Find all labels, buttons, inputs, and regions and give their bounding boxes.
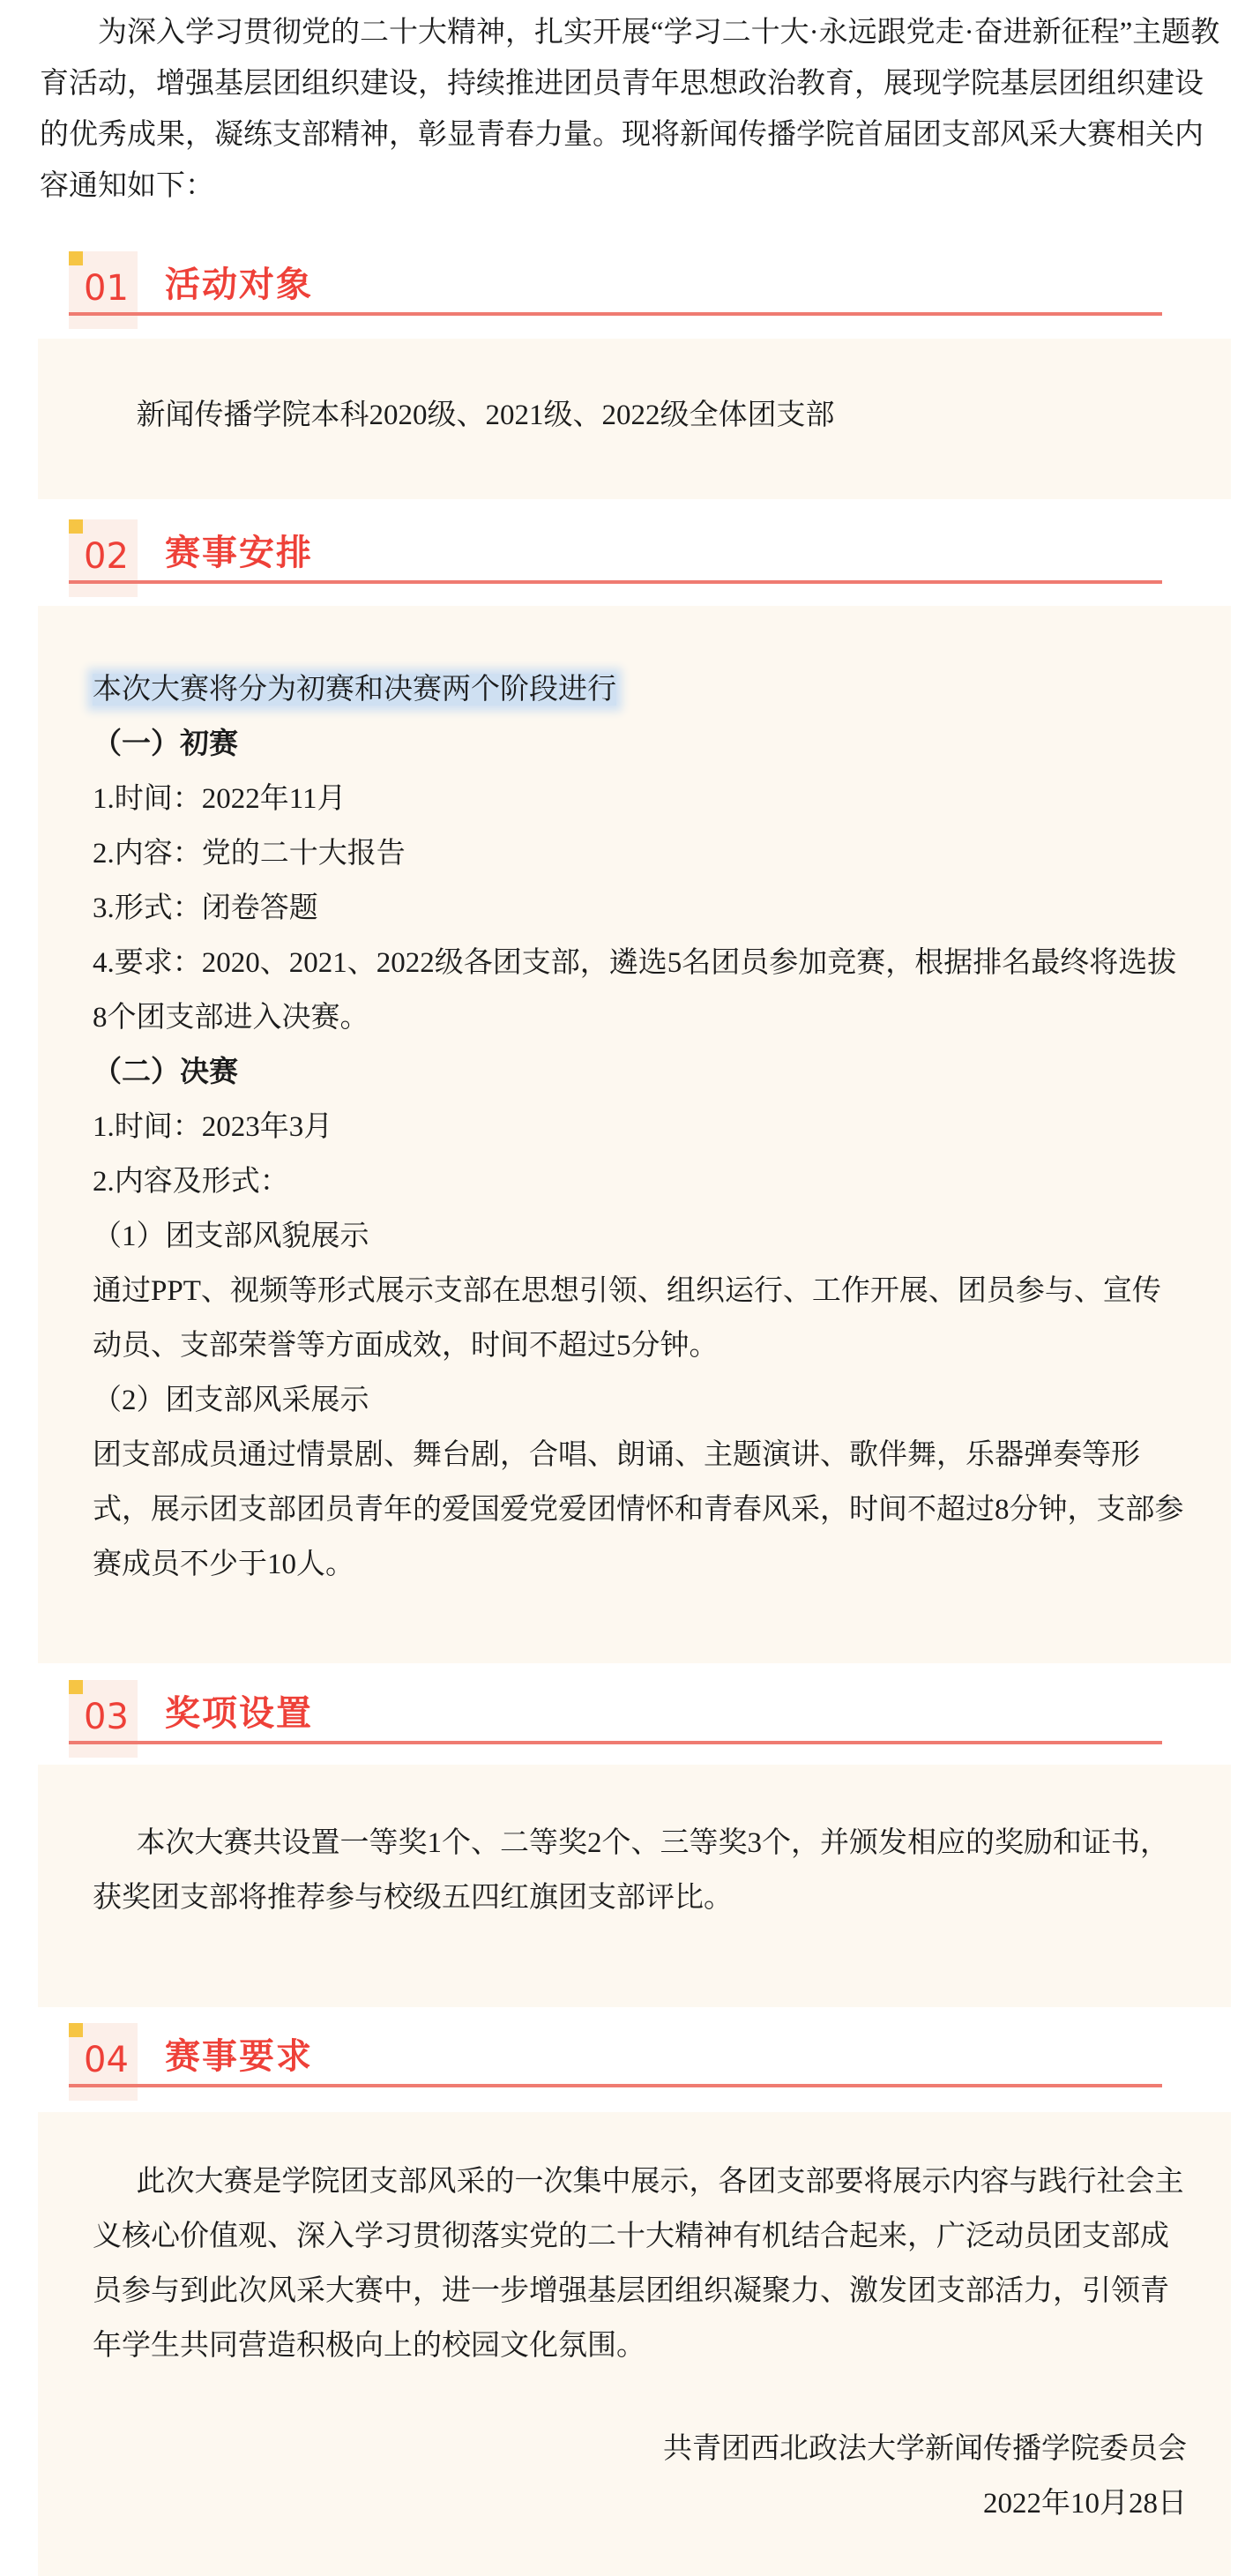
content-paragraph: 本次大赛共设置一等奖1个、二等奖2个、三等奖3个，并颁发相应的奖励和证书，获奖团… [93, 1816, 1187, 1925]
content-paragraph: （2）团支部风采展示 [93, 1373, 1187, 1428]
section-number: 03 [84, 1699, 129, 1735]
corner-accent-square [69, 1680, 83, 1694]
section-number-badge: 04 [69, 2023, 138, 2101]
section-title: 奖项设置 [165, 1696, 313, 1731]
content-paragraph: 团支部成员通过情景剧、舞台剧，合唱、朗诵、主题演讲、歌伴舞，乐器弹奏等形式，展示… [93, 1428, 1187, 1592]
content-paragraph: 3.形式：闭卷答题 [93, 881, 1187, 936]
content-paragraph: （1）团支部风貌展示 [93, 1209, 1187, 1264]
section-divider-line [69, 580, 1162, 584]
content-paragraph: （一）初赛 [93, 717, 1187, 772]
section-header-awards: 03 奖项设置 [69, 1680, 1162, 1762]
section-content-card-schedule: 本次大赛将分为初赛和决赛两个阶段进行 （一）初赛 1.时间：2022年11月 2… [38, 606, 1231, 1663]
section-header-activity-target: 01 活动对象 [69, 251, 1162, 333]
section-number: 01 [84, 271, 129, 306]
corner-accent-square [69, 2023, 83, 2037]
corner-accent-square [69, 251, 83, 265]
section-content-card-requirements: 此次大赛是学院团支部风采的一次集中展示，各团支部要将展示内容与践行社会主义核心价… [38, 2112, 1231, 2576]
highlight-text: 本次大赛将分为初赛和决赛两个阶段进行 [93, 674, 616, 706]
section-divider-line [69, 1741, 1162, 1744]
content-paragraph: 此次大赛是学院团支部风采的一次集中展示，各团支部要将展示内容与践行社会主义核心价… [93, 2154, 1187, 2373]
section-title: 赛事安排 [165, 535, 313, 571]
section-number-badge: 01 [69, 251, 138, 329]
section-header-schedule: 02 赛事安排 [69, 519, 1162, 601]
content-paragraph: 2.内容及形式： [93, 1154, 1187, 1209]
content-paragraph: 1.时间：2022年11月 [93, 772, 1187, 826]
section-title: 赛事要求 [165, 2039, 313, 2074]
section-title: 活动对象 [165, 267, 313, 302]
corner-accent-square [69, 519, 83, 534]
signature-org: 共青团西北政法大学新闻传播学院委员会 [93, 2422, 1187, 2476]
section-number: 04 [84, 2042, 129, 2078]
section-number: 02 [84, 539, 129, 574]
content-paragraph: 新闻传播学院本科2020级、2021级、2022级全体团支部 [93, 388, 1187, 443]
section-number-badge: 03 [69, 1680, 138, 1758]
section-content-card-awards: 本次大赛共设置一等奖1个、二等奖2个、三等奖3个，并颁发相应的奖励和证书，获奖团… [38, 1765, 1231, 2007]
content-paragraph: 2.内容：党的二十大报告 [93, 826, 1187, 881]
section-header-requirements: 04 赛事要求 [69, 2023, 1162, 2105]
announcement-page: 为深入学习贯彻党的二十大精神，扎实开展“学习二十大·永远跟党走·奋进新征程”主题… [0, 0, 1260, 2576]
section-divider-line [69, 312, 1162, 316]
content-paragraph-highlighted: 本次大赛将分为初赛和决赛两个阶段进行 [93, 662, 1187, 717]
signature-date: 2022年10月28日 [93, 2476, 1187, 2531]
signature-block: 共青团西北政法大学新闻传播学院委员会 2022年10月28日 [93, 2422, 1187, 2531]
section-number-badge: 02 [69, 519, 138, 597]
content-paragraph: 通过PPT、视频等形式展示支部在思想引领、组织运行、工作开展、团员参与、宣传动员… [93, 1264, 1187, 1373]
content-paragraph: （二）决赛 [93, 1045, 1187, 1100]
section-content-card-activity-target: 新闻传播学院本科2020级、2021级、2022级全体团支部 [38, 339, 1231, 499]
content-paragraph: 4.要求：2020、2021、2022级各团支部，遴选5名团员参加竞赛，根据排名… [93, 936, 1187, 1045]
intro-paragraph: 为深入学习贯彻党的二十大精神，扎实开展“学习二十大·永远跟党走·奋进新征程”主题… [40, 7, 1226, 212]
section-divider-line [69, 2084, 1162, 2087]
content-paragraph: 1.时间：2023年3月 [93, 1100, 1187, 1154]
